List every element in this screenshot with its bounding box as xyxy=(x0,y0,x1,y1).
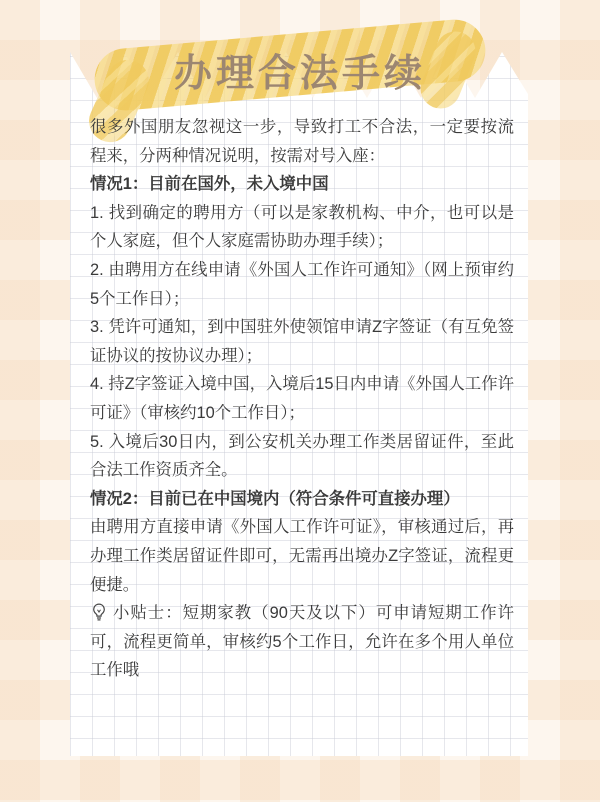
case2-heading: 情况2：目前已在中国境内（符合条件可直接办理） xyxy=(90,485,514,514)
case1-heading: 情况1：目前在国外，未入境中国 xyxy=(90,170,514,199)
case1-step-5: 5. 入境后30日内，到公安机关办理工作类居留证件，至此合法工作资质齐全。 xyxy=(90,428,514,485)
case1-step-2: 2. 由聘用方在线申请《外国人工作许可通知》（网上预审约5个工作日）； xyxy=(90,256,514,313)
case2-paragraph: 由聘用方直接申请《外国人工作许可证》，审核通过后，再办理工作类居留证件即可，无需… xyxy=(90,513,514,599)
note-content: 很多外国朋友忽视这一步，导致打工不合法，一定要按流程来，分两种情况说明，按需对号… xyxy=(90,113,514,685)
case1-step-1: 1. 找到确定的聘用方（可以是家教机构、中介，也可以是个人家庭，但个人家庭需协助… xyxy=(90,199,514,256)
lightbulb-icon xyxy=(90,602,108,622)
infographic-page: { "page": { "title": "办理合法手续" }, "note":… xyxy=(0,0,600,802)
page-title: 办理合法手续 xyxy=(0,42,600,97)
case1-step-4: 4. 持Z字签证入境中国，入境后15日内申请《外国人工作许可证》（审核约10个工… xyxy=(90,370,514,427)
tip-paragraph: 小贴士：短期家教（90天及以下）可申请短期工作许可，流程更简单，审核约5个工作日… xyxy=(90,599,514,685)
case1-step-3: 3. 凭许可通知，到中国驻外使领馆申请Z字签证（有互免签证协议的按协议办理）； xyxy=(90,313,514,370)
intro-paragraph: 很多外国朋友忽视这一步，导致打工不合法，一定要按流程来，分两种情况说明，按需对号… xyxy=(90,113,514,170)
tip-text: 小贴士：短期家教（90天及以下）可申请短期工作许可，流程更简单，审核约5个工作日… xyxy=(90,604,514,679)
